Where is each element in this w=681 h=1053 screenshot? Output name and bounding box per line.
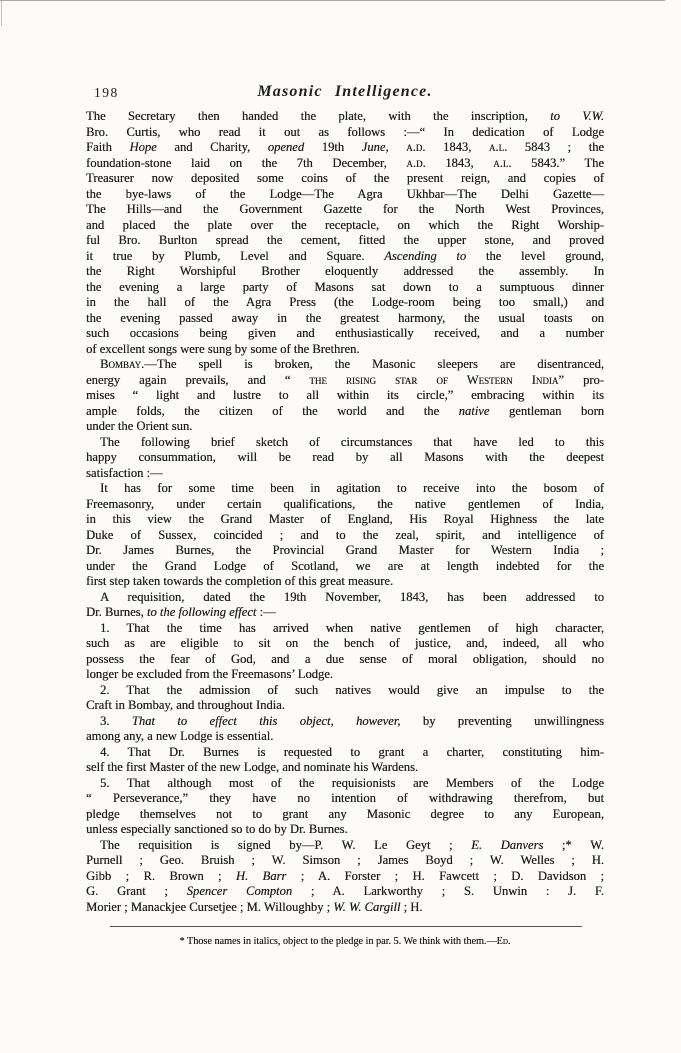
- text-line: Purnell ; Geo. Bruish ; W. Simson ; Jame…: [86, 853, 604, 869]
- text-segment: H. Barr: [236, 869, 286, 883]
- text-segment: such occasions being given and enthusias…: [86, 326, 604, 340]
- text-segment: The requisition is signed by—P. W. Le Ge…: [100, 838, 471, 852]
- text-line: the evening a large party of Masons sat …: [86, 280, 604, 296]
- text-segment: E. Danvers: [471, 838, 543, 852]
- text-segment: to V.W.: [550, 109, 604, 123]
- text-segment: such as are eligible to sit on the bench…: [86, 636, 604, 650]
- text-segment: 4. That Dr. Burnes is requested to grant…: [100, 745, 604, 759]
- text-line: 1. That the time has arrived when native…: [86, 621, 604, 637]
- text-line: “ Perseverance,” they have no intention …: [86, 791, 604, 807]
- text-segment: to the following effect: [147, 605, 256, 619]
- text-segment: ;* W.: [543, 838, 604, 852]
- text-segment: the evening a large party of Masons sat …: [86, 280, 604, 294]
- text-segment: The Secretary then handed the plate, wit…: [86, 109, 550, 123]
- scan-edge-artifact-left: [1, 0, 2, 26]
- scan-edge-artifact-top: [0, 0, 665, 1]
- text-segment: The following brief sketch of circumstan…: [100, 435, 604, 449]
- text-line: mises “ light and lustre to all within i…: [86, 388, 604, 404]
- text-line: It has for some time been in agitation t…: [86, 481, 604, 497]
- text-line: A requisition, dated the 19th November, …: [86, 590, 604, 606]
- text-line: the Right Worshipful Brother eloquently …: [86, 264, 604, 280]
- text-line: in the hall of the Agra Press (the Lodge…: [86, 295, 604, 311]
- text-segment: 3.: [100, 714, 132, 728]
- text-segment: the bye-laws of the Lodge—The Agra Ukhba…: [86, 187, 604, 201]
- text-segment: Gibb ; R. Brown ;: [86, 869, 236, 883]
- text-segment: :—: [256, 605, 275, 619]
- text-segment: possess the fear of God, and a due sense…: [86, 652, 604, 666]
- text-line: among any, a new Lodge is essential.: [86, 729, 604, 745]
- text-segment: —The spell is broken, the Masonic sleepe…: [144, 357, 604, 371]
- text-segment: energy again prevails, and “: [86, 373, 309, 387]
- text-segment: under the Orient sun.: [86, 419, 192, 433]
- text-segment: under the Grand Lodge of Scotland, we ar…: [86, 559, 604, 573]
- paragraph: A requisition, dated the 19th November, …: [86, 590, 604, 621]
- text-segment: Dr. James Burnes, the Provincial Grand M…: [86, 543, 604, 557]
- text-line: and placed the plate over the receptacle…: [86, 218, 604, 234]
- text-segment: of excellent songs were sung by some of …: [86, 342, 360, 356]
- text-segment: Ascending to: [384, 249, 466, 263]
- paragraph: The following brief sketch of circumstan…: [86, 435, 604, 482]
- text-line: Bombay.—The spell is broken, the Masonic…: [86, 357, 604, 373]
- paragraph: 3. That to effect this object, however, …: [86, 714, 604, 745]
- text-segment: Duke of Sussex, coincided ; and to the z…: [86, 528, 604, 542]
- text-segment: Treasurer now deposited some coins of th…: [86, 171, 604, 185]
- text-line: Bro. Curtis, who read it out as follows …: [86, 125, 604, 141]
- text-line: Faith Hope and Charity, opened 19th June…: [86, 140, 604, 156]
- text-line: pledge themselves not to grant any Mason…: [86, 807, 604, 823]
- footnote-rule: [110, 926, 582, 927]
- text-line: Craft in Bombay, and throughout India.: [86, 698, 604, 714]
- text-segment: pledge themselves not to grant any Mason…: [86, 807, 604, 821]
- text-segment: the level ground,: [466, 249, 604, 263]
- paragraph: Bombay.—The spell is broken, the Masonic…: [86, 357, 604, 435]
- text-segment: happy consummation, will be read by all …: [86, 450, 604, 464]
- text-segment: the evening passed away in the greatest …: [86, 311, 604, 325]
- text-segment: and Charity,: [157, 140, 268, 154]
- text-line: under the Orient sun.: [86, 419, 604, 435]
- running-title: Masonic Intelligence.: [86, 83, 604, 101]
- text-segment: in the hall of the Agra Press (the Lodge…: [86, 295, 604, 309]
- text-segment: Spencer Compton: [187, 884, 293, 898]
- text-segment: Bro. Curtis, who read it out as follows …: [86, 125, 604, 139]
- text-line: longer be excluded from the Freemasons’ …: [86, 667, 604, 683]
- text-segment: G. Grant ;: [86, 884, 187, 898]
- text-segment: 1. That the time has arrived when native…: [100, 621, 604, 635]
- paragraph: 5. That although most of the requisionis…: [86, 776, 604, 838]
- text-line: G. Grant ; Spencer Compton ; A. Larkwort…: [86, 884, 604, 900]
- text-segment: Dr. Burnes,: [86, 605, 147, 619]
- text-segment: it true by Plumb, Level and Square.: [86, 249, 384, 263]
- text-line: unless especially sanctioned so to do by…: [86, 822, 604, 838]
- text-line: under the Grand Lodge of Scotland, we ar…: [86, 559, 604, 575]
- text-segment: ample folds, the citizen of the world an…: [86, 404, 459, 418]
- text-line: ful Bro. Burlton spread the cement, fitt…: [86, 233, 604, 249]
- text-line: The following brief sketch of circumstan…: [86, 435, 604, 451]
- text-segment: native: [459, 404, 490, 418]
- text-segment: June: [362, 140, 386, 154]
- text-segment: W. W. Cargill: [333, 900, 400, 914]
- text-segment: Purnell ; Geo. Bruish ; W. Simson ; Jame…: [86, 853, 604, 867]
- text-segment: among any, a new Lodge is essential.: [86, 729, 273, 743]
- text-line: Treasurer now deposited some coins of th…: [86, 171, 604, 187]
- text-line: the bye-laws of the Lodge—The Agra Ukhba…: [86, 187, 604, 203]
- text-segment: satisfaction :—: [86, 466, 163, 480]
- text-segment: Morier ; Manackjee Cursetjee ; M. Willou…: [86, 900, 333, 914]
- paragraph: The requisition is signed by—P. W. Le Ge…: [86, 838, 604, 916]
- text-line: possess the fear of God, and a due sense…: [86, 652, 604, 668]
- text-line: happy consummation, will be read by all …: [86, 450, 604, 466]
- text-line: The requisition is signed by—P. W. Le Ge…: [86, 838, 604, 854]
- text-segment: 1843,: [425, 140, 488, 154]
- text-segment: in this view the Grand Master of England…: [86, 512, 604, 526]
- text-segment: Craft in Bombay, and throughout India.: [86, 698, 285, 712]
- text-segment: “ Perseverance,” they have no intention …: [86, 791, 604, 805]
- text-line: satisfaction :—: [86, 466, 604, 482]
- text-segment: ” pro-: [558, 373, 604, 387]
- text-line: Morier ; Manackjee Cursetjee ; M. Willou…: [86, 900, 604, 916]
- text-segment: first step taken towards the completion …: [86, 574, 393, 588]
- text-segment: and placed the plate over the receptacle…: [86, 218, 604, 232]
- text-segment: A requisition, dated the 19th November, …: [100, 590, 604, 604]
- text-line: Dr. James Burnes, the Provincial Grand M…: [86, 543, 604, 559]
- text-line: 4. That Dr. Burnes is requested to grant…: [86, 745, 604, 761]
- text-segment: longer be excluded from the Freemasons’ …: [86, 667, 333, 681]
- text-segment: Hope: [129, 140, 156, 154]
- text-segment: Ed.: [497, 936, 511, 947]
- text-line: 3. That to effect this object, however, …: [86, 714, 604, 730]
- text-segment: ; A. Forster ; H. Fawcett ; D. Davidson …: [286, 869, 604, 883]
- text-line: Duke of Sussex, coincided ; and to the z…: [86, 528, 604, 544]
- text-line: 2. That the admission of such natives wo…: [86, 683, 604, 699]
- text-segment: It has for some time been in agitation t…: [100, 481, 604, 495]
- paragraph: The Secretary then handed the plate, wit…: [86, 109, 604, 357]
- text-line: Freemasonry, under certain qualification…: [86, 497, 604, 513]
- paragraph: 4. That Dr. Burnes is requested to grant…: [86, 745, 604, 776]
- footnote-text: * Those names in italics, object to the …: [86, 935, 604, 948]
- text-line: such as are eligible to sit on the bench…: [86, 636, 604, 652]
- page-number: 198: [94, 85, 119, 101]
- text-segment: by preventing unwillingness: [400, 714, 604, 728]
- text-segment: opened: [268, 140, 304, 154]
- scanned-document-page: 198 Masonic Intelligence. The Secretary …: [0, 0, 681, 1053]
- paragraph: 1. That the time has arrived when native…: [86, 621, 604, 683]
- text-segment: * Those names in italics, object to the …: [180, 936, 497, 947]
- text-segment: ful Bro. Burlton spread the cement, fitt…: [86, 233, 604, 247]
- page-body: The Secretary then handed the plate, wit…: [86, 109, 604, 915]
- text-segment: 5843 ; the: [507, 140, 604, 154]
- text-segment: a.l.: [493, 156, 511, 170]
- text-segment: ; H.: [400, 900, 422, 914]
- text-line: it true by Plumb, Level and Square. Asce…: [86, 249, 604, 265]
- text-line: first step taken towards the completion …: [86, 574, 604, 590]
- text-segment: 2. That the admission of such natives wo…: [100, 683, 604, 697]
- text-segment: a.d.: [406, 156, 425, 170]
- text-line: ample folds, the citizen of the world an…: [86, 404, 604, 420]
- text-segment: ,: [385, 140, 406, 154]
- paragraph: 2. That the admission of such natives wo…: [86, 683, 604, 714]
- text-segment: the Right Worshipful Brother eloquently …: [86, 264, 604, 278]
- paragraph: It has for some time been in agitation t…: [86, 481, 604, 590]
- text-segment: The Hills—and the Government Gazette for…: [86, 202, 604, 216]
- text-segment: mises “ light and lustre to all within i…: [86, 388, 604, 402]
- text-line: foundation-stone laid on the 7th Decembe…: [86, 156, 604, 172]
- text-segment: foundation-stone laid on the 7th Decembe…: [86, 156, 406, 170]
- text-segment: the rising star of Western India: [309, 373, 558, 387]
- text-line: in this view the Grand Master of England…: [86, 512, 604, 528]
- text-segment: ; A. Larkworthy ; S. Unwin : J. F.: [292, 884, 604, 898]
- text-line: 5. That although most of the requisionis…: [86, 776, 604, 792]
- text-line: The Secretary then handed the plate, wit…: [86, 109, 604, 125]
- text-segment: a.l.: [489, 140, 507, 154]
- text-segment: 5. That although most of the requisionis…: [100, 776, 604, 790]
- text-segment: unless especially sanctioned so to do by…: [86, 822, 348, 836]
- text-segment: That to effect this object, however,: [132, 714, 401, 728]
- text-segment: self the first Master of the new Lodge, …: [86, 760, 418, 774]
- text-segment: Bombay.: [100, 357, 144, 371]
- text-line: Gibb ; R. Brown ; H. Barr ; A. Forster ;…: [86, 869, 604, 885]
- text-segment: Freemasonry, under certain qualification…: [86, 497, 604, 511]
- text-line: such occasions being given and enthusias…: [86, 326, 604, 342]
- text-segment: gentleman born: [489, 404, 604, 418]
- text-segment: 5843.” The: [512, 156, 605, 170]
- text-segment: a.d.: [406, 140, 425, 154]
- text-segment: 1843,: [426, 156, 494, 170]
- text-segment: Faith: [86, 140, 129, 154]
- text-line: self the first Master of the new Lodge, …: [86, 760, 604, 776]
- text-line: of excellent songs were sung by some of …: [86, 342, 604, 358]
- text-line: energy again prevails, and “ the rising …: [86, 373, 604, 389]
- text-line: Dr. Burnes, to the following effect :—: [86, 605, 604, 621]
- text-segment: 19th: [304, 140, 362, 154]
- text-line: The Hills—and the Government Gazette for…: [86, 202, 604, 218]
- text-line: the evening passed away in the greatest …: [86, 311, 604, 327]
- page-header: 198 Masonic Intelligence.: [86, 83, 604, 105]
